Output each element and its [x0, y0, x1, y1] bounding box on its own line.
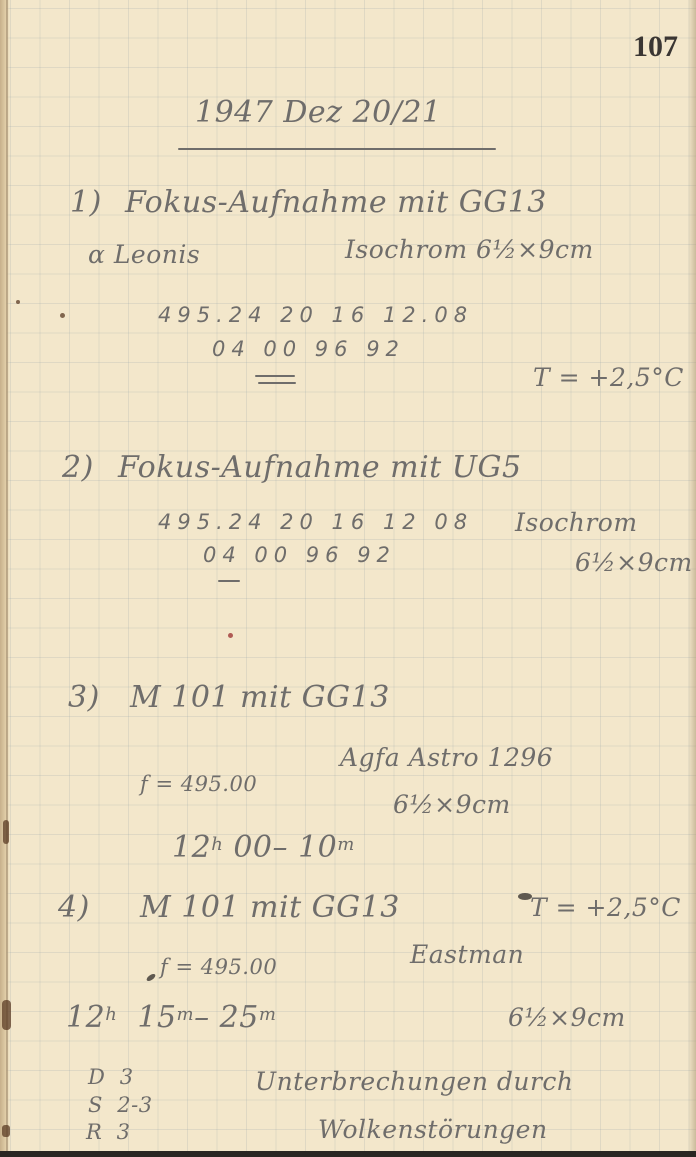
plate-size: 6½×9cm	[508, 1003, 626, 1032]
ink-speck	[228, 633, 233, 638]
plate-type: Agfa Astro 1296	[340, 743, 553, 772]
notebook-page: 107 1947 Dez 20/21 1) Fokus-Aufnahme mit…	[0, 0, 696, 1157]
ink-speck	[3, 820, 9, 844]
ink-speck	[2, 1125, 10, 1137]
binding-crease	[6, 0, 8, 1157]
double-underline	[255, 375, 295, 377]
exposure-start-minute: 00	[233, 830, 272, 865]
underline	[218, 580, 240, 582]
entry-heading: M 101 mit GG13	[130, 680, 390, 715]
plate-size: 6½×9cm	[575, 548, 693, 577]
exposure-time: 12h 00– 10m	[172, 830, 355, 865]
focus-series-row-2: 04 00 96 92	[212, 337, 405, 361]
exposure-end-minute: 25	[220, 1000, 259, 1035]
observed-object: α Leonis	[88, 240, 200, 269]
entry-number: 3)	[68, 680, 100, 715]
double-underline	[258, 382, 296, 384]
focus-setting: f = 495.00	[140, 772, 257, 796]
remark-line-2: Wolkenstörungen	[318, 1115, 548, 1144]
page-number: 107	[633, 30, 678, 64]
temperature: T = +2,5°C	[530, 893, 681, 922]
rating-row: S 2-3	[88, 1093, 153, 1117]
focus-series-row-2: 04 00 96 92	[203, 543, 396, 567]
ink-speck	[2, 1000, 11, 1030]
ink-speck	[16, 300, 20, 304]
plate-type: Isochrom 6½×9cm	[345, 235, 594, 264]
focus-series-row-1: 495.24 20 16 12 08	[158, 510, 473, 534]
exposure-end-minute: 10	[298, 830, 337, 865]
entry-heading: Fokus-Aufnahme mit GG13	[125, 185, 547, 220]
entry-number: 1)	[70, 185, 102, 220]
rating-row: R 3	[86, 1120, 131, 1144]
entry-heading: Fokus-Aufnahme mit UG5	[118, 450, 522, 485]
exposure-start-minute: 15	[137, 1000, 176, 1035]
focus-series-row-1: 495.24 20 16 12.08	[158, 303, 473, 327]
page-binding	[0, 0, 10, 1157]
ink-speck	[60, 313, 65, 318]
exposure-hour: 12	[172, 830, 211, 865]
plate-size: 6½×9cm	[393, 790, 511, 819]
focus-setting: f = 495.00	[160, 955, 277, 979]
page-edge	[688, 0, 696, 1157]
plate-type: Isochrom	[515, 508, 638, 537]
temperature: T = +2,5°C	[533, 363, 684, 392]
entry-heading: M 101 mit GG13	[140, 890, 400, 925]
page-title: 1947 Dez 20/21	[195, 95, 442, 130]
page-bottom-edge	[0, 1151, 696, 1157]
exposure-time: 12h 15m– 25m	[66, 1000, 276, 1035]
plate-type: Eastman	[410, 940, 524, 969]
exposure-hour: 12	[66, 1000, 105, 1035]
rating-row: D 3	[88, 1065, 134, 1089]
entry-number: 4)	[58, 890, 90, 925]
entry-number: 2)	[62, 450, 94, 485]
title-underline	[178, 148, 496, 150]
remark-line-1: Unterbrechungen durch	[255, 1067, 574, 1096]
ink-speck	[145, 973, 156, 983]
